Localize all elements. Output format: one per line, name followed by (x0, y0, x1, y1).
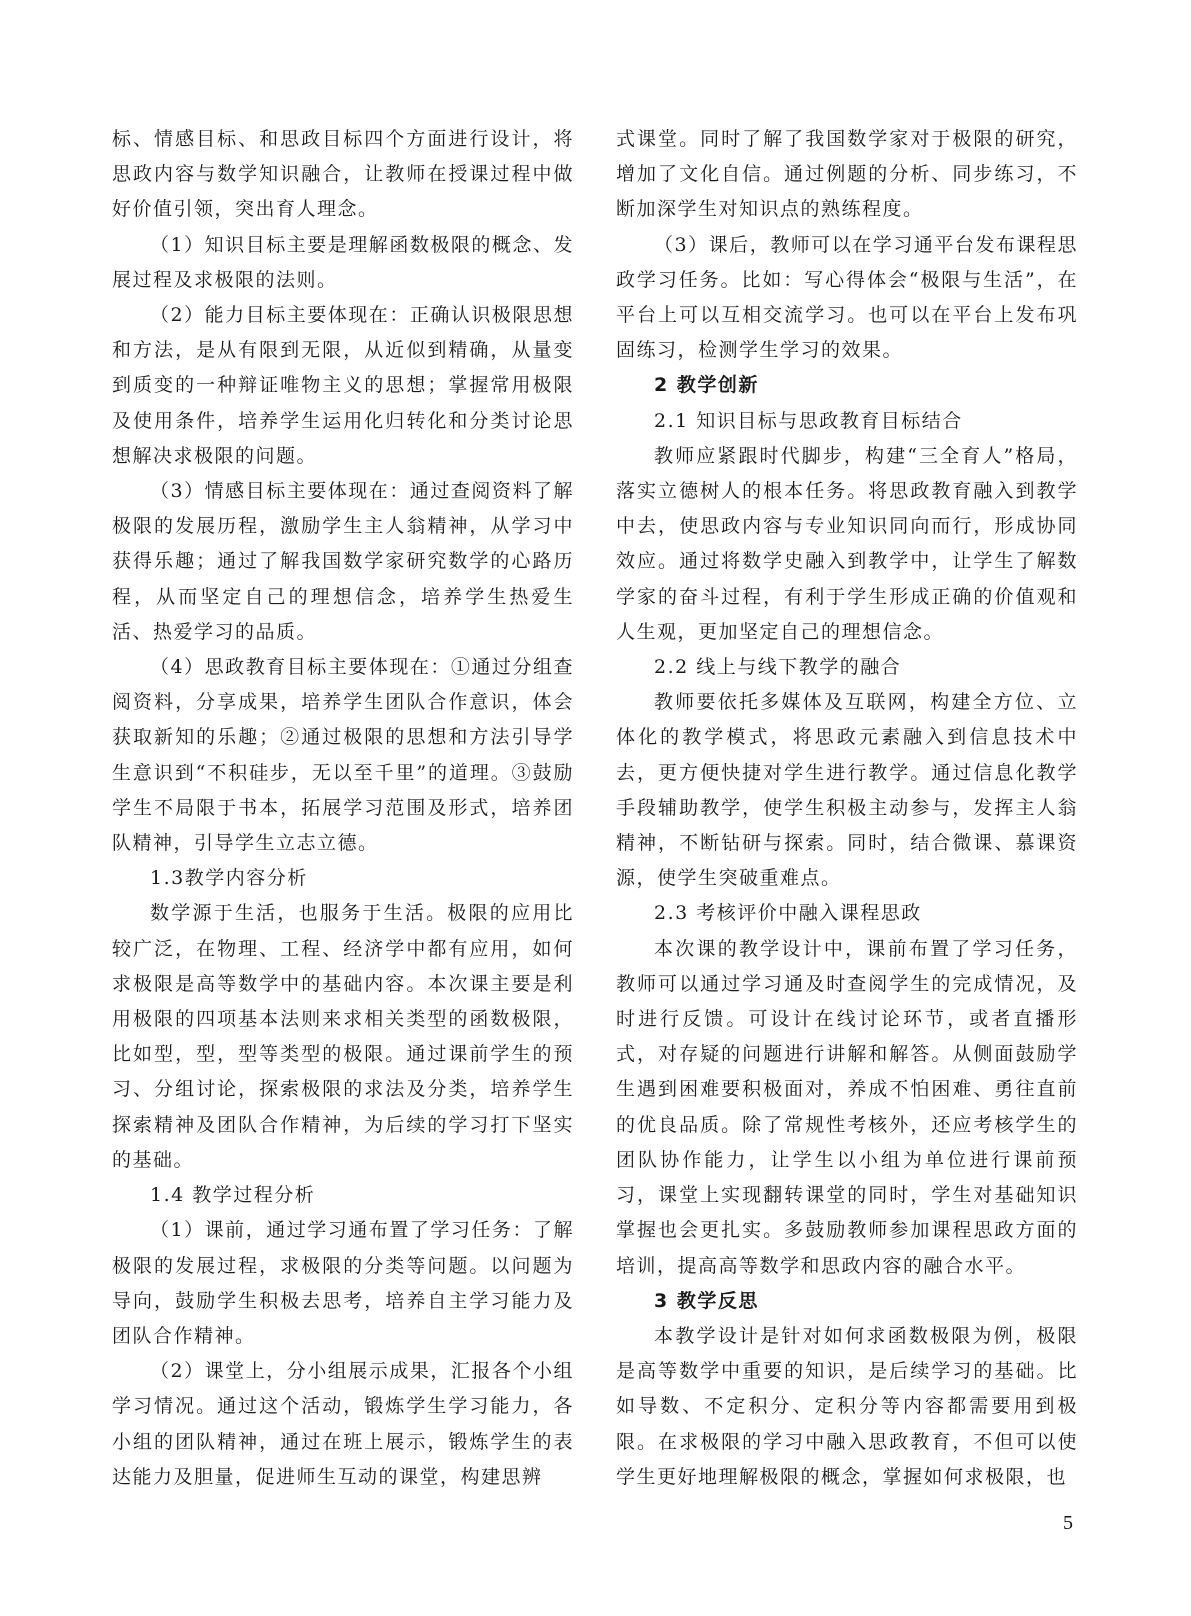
right-column: 式课堂。同时了解了我国数学家对于极限的研究，增加了文化自信。通过例题的分析、同步… (616, 122, 1078, 1495)
paragraph: 标、情感目标、和思政目标四个方面进行设计，将思政内容与数学知识融合，让教师在授课… (112, 122, 574, 228)
section-heading-3: 3 教学反思 (616, 1284, 1078, 1319)
paragraph-before-class: （1）课前，通过学习通布置了学习任务：了解极限的发展过程，求极限的分类等问题。以… (112, 1213, 574, 1354)
section-heading-2-1: 2.1 知识目标与思政教育目标结合 (616, 404, 1078, 439)
section-heading-2-3: 2.3 考核评价中融入课程思政 (616, 896, 1078, 931)
section-heading-2: 2 教学创新 (616, 368, 1078, 403)
paragraph-assessment: 本次课的教学设计中，课前布置了学习任务，教师可以通过学习通及时查阅学生的完成情况… (616, 932, 1078, 1284)
paragraph-ability-goal: （2）能力目标主要体现在：正确认识极限思想和方法，是从有限到无限，从近似到精确，… (112, 298, 574, 474)
document-page: 标、情感目标、和思政目标四个方面进行设计，将思政内容与数学知识融合，让教师在授课… (0, 0, 1191, 1616)
paragraph-online-offline: 教师要依托多媒体及互联网，构建全方位、立体化的教学模式，将思政元素融入到信息技术… (616, 685, 1078, 896)
paragraph-goal-integration: 教师应紧跟时代脚步，构建“三全育人”格局，落实立德树人的根本任务。将思政教育融入… (616, 439, 1078, 650)
paragraph-continued: 式课堂。同时了解了我国数学家对于极限的研究，增加了文化自信。通过例题的分析、同步… (616, 122, 1078, 228)
paragraph-in-class: （2）课堂上，分小组展示成果，汇报各个小组学习情况。通过这个活动，锻炼学生学习能… (112, 1354, 574, 1495)
paragraph-ideology-goal: （4）思政教育目标主要体现在：①通过分组查阅资料，分享成果，培养学生团队合作意识… (112, 650, 574, 861)
paragraph-emotion-goal: （3）情感目标主要体现在：通过查阅资料了解极限的发展历程，激励学生主人翁精神，从… (112, 474, 574, 650)
section-heading-2-2: 2.2 线上与线下教学的融合 (616, 650, 1078, 685)
paragraph-reflection: 本教学设计是针对如何求函数极限为例，极限是高等数学中重要的知识，是后续学习的基础… (616, 1319, 1078, 1495)
paragraph-knowledge-goal: （1）知识目标主要是理解函数极限的概念、发展过程及求极限的法则。 (112, 228, 574, 298)
section-heading-1-4: 1.4 教学过程分析 (112, 1178, 574, 1213)
paragraph-after-class: （3）课后，教师可以在学习通平台发布课程思政学习任务。比如：写心得体会“极限与生… (616, 228, 1078, 369)
section-heading-1-3: 1.3教学内容分析 (112, 861, 574, 896)
page-number: 5 (1063, 1512, 1073, 1535)
paragraph-content-analysis: 数学源于生活，也服务于生活。极限的应用比较广泛，在物理、工程、经济学中都有应用，… (112, 896, 574, 1178)
left-column: 标、情感目标、和思政目标四个方面进行设计，将思政内容与数学知识融合，让教师在授课… (112, 122, 574, 1495)
